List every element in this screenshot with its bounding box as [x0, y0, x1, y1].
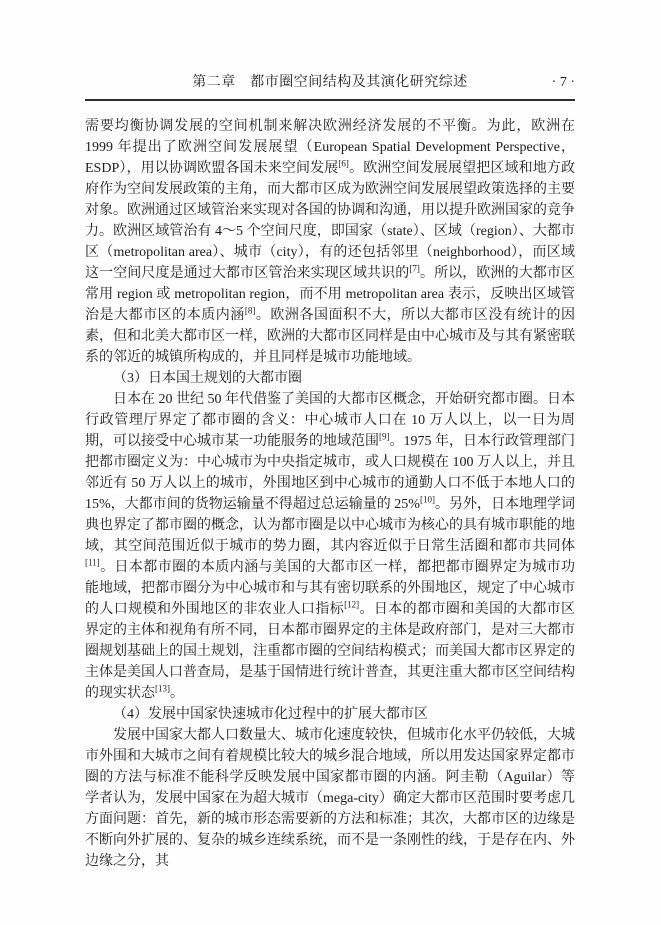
citation-ref: [8] — [245, 305, 256, 315]
running-head-chapter: 第二章 都市圈空间结构及其演化研究综述 — [85, 72, 575, 94]
citation-ref: [13] — [155, 683, 170, 693]
citation-ref: [9] — [379, 431, 390, 441]
running-head-row: 第二章 都市圈空间结构及其演化研究综述 · 7 · — [85, 72, 575, 94]
page-header: 第二章 都市圈空间结构及其演化研究综述 · 7 · — [85, 72, 575, 101]
header-rule — [85, 99, 575, 101]
page-body: 需要均衡协调发展的空间机制来解决欧洲经济发展的不平衡。为此，欧洲在 1999 年… — [85, 116, 575, 872]
page-number: · 7 · — [552, 72, 575, 94]
section-item-heading: （3）日本国土规划的大都市圈 — [85, 368, 575, 389]
citation-ref: [11] — [85, 557, 100, 567]
body-paragraph: 日本在 20 世纪 50 年代借鉴了美国的大都市区概念，开始研究都市圈。日本行政… — [85, 389, 575, 704]
section-item-heading: （4）发展中国家快速城市化过程中的扩展大都市区 — [85, 704, 575, 725]
body-paragraph-continuation: 需要均衡协调发展的空间机制来解决欧洲经济发展的不平衡。为此，欧洲在 1999 年… — [85, 116, 575, 368]
document-page: 第二章 都市圈空间结构及其演化研究综述 · 7 · 需要均衡协调发展的空间机制来… — [0, 0, 661, 925]
citation-ref: [6] — [338, 158, 349, 168]
citation-ref: [10] — [420, 494, 435, 504]
body-paragraph: 发展中国家大都人口数量大、城市化速度较快，但城市化水平仍较低，大城市外围和大城市… — [85, 725, 575, 872]
citation-ref: [12] — [344, 599, 359, 609]
citation-ref: [7] — [409, 263, 420, 273]
